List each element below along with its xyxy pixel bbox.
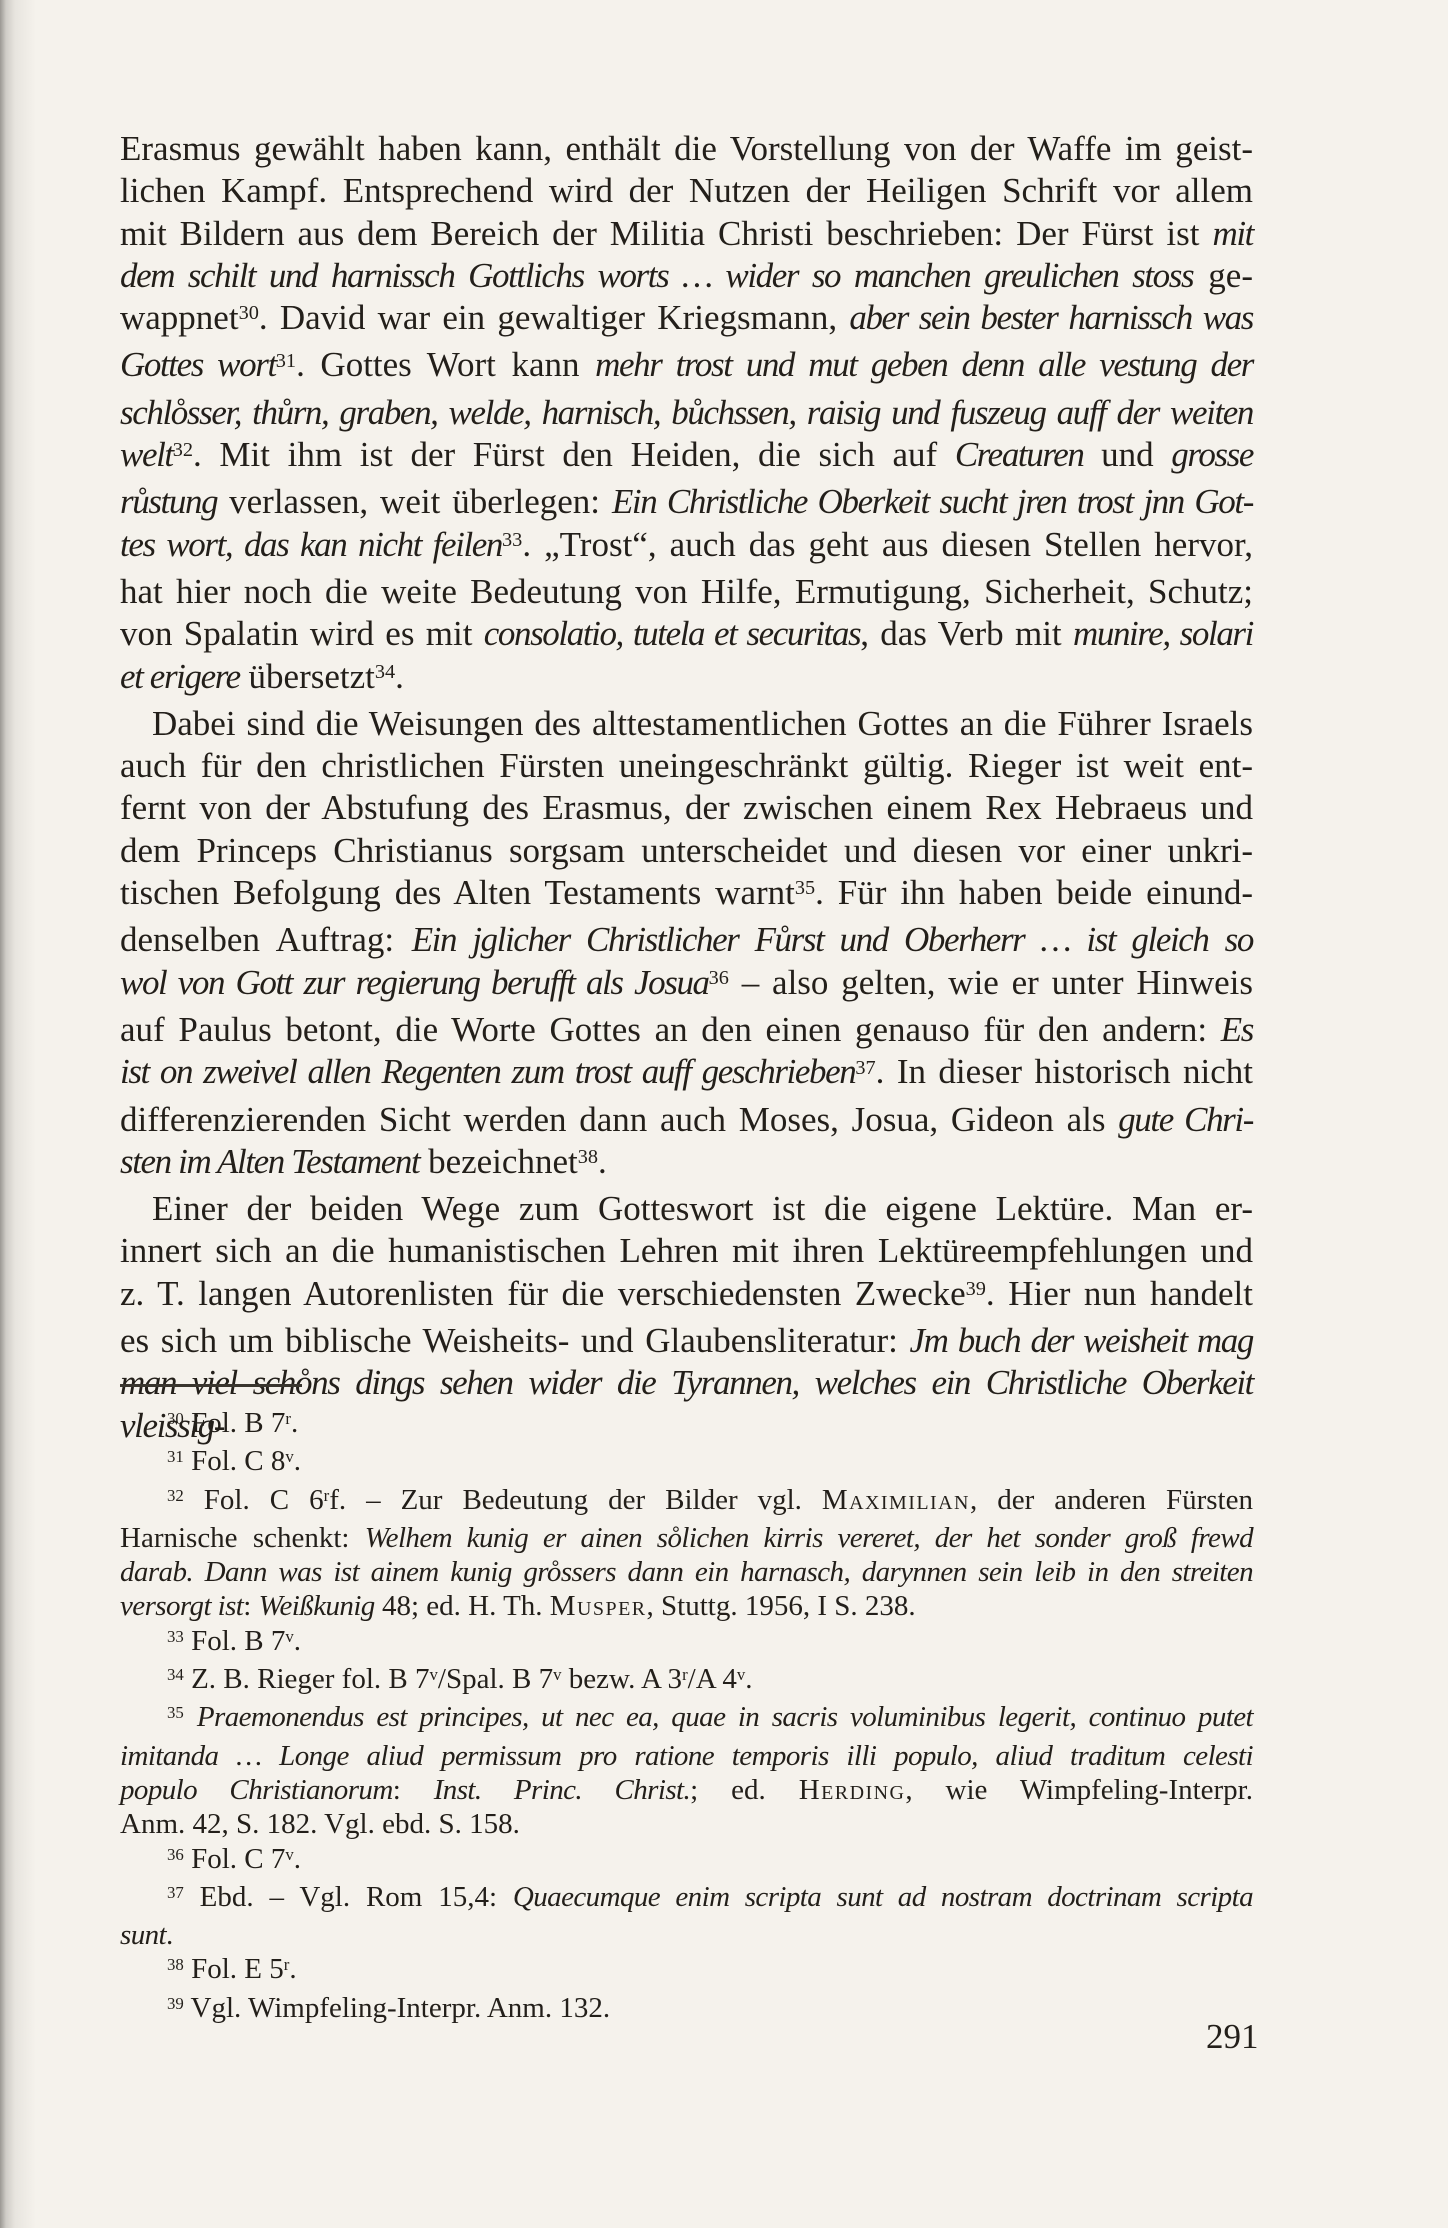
- body-segment: schlo̊sser, thůrn, graben, welde, harnis…: [120, 393, 1253, 432]
- body-segment: 34: [375, 661, 395, 683]
- footnote-segment: v: [285, 1447, 293, 1466]
- footnote-line: 33 Fol. B 7v.: [120, 1624, 1253, 1662]
- body-segment: et erigere: [120, 657, 240, 696]
- book-page: Erasmus gewählt haben kann, enthält die …: [0, 0, 1448, 2228]
- body-segment: Dabei sind die Weisungen des alttestamen…: [152, 704, 1253, 743]
- body-segment: grosse: [1171, 435, 1253, 474]
- footnote-segment: Anm. 42, S. 182. Vgl. ebd. S. 158.: [120, 1808, 520, 1840]
- footnote-line: 31 Fol. C 8v.: [120, 1444, 1253, 1482]
- footnote-segment: Fol. C 6: [184, 1484, 324, 1516]
- body-segment: 38: [578, 1146, 598, 1168]
- footnote-segment: /A 4: [688, 1663, 737, 1695]
- body-line: wappnet30. David war ein gewaltiger Krie…: [120, 297, 1253, 344]
- footnote-line: versorgt ist: Weißkunig 48; ed. H. Th. M…: [120, 1589, 1253, 1623]
- body-segment: wappnet: [120, 298, 239, 337]
- body-segment: , das Verb mit: [860, 614, 1073, 653]
- body-segment: z. T. langen Autorenlisten für die versc…: [120, 1274, 966, 1313]
- body-segment: Einer der beiden Wege zum Gotteswort ist…: [152, 1189, 1253, 1228]
- footnote-segment: /Spal. B 7: [438, 1663, 553, 1695]
- body-segment: denselben Auftrag:: [120, 920, 412, 959]
- footnote-segment: Musper: [550, 1590, 647, 1622]
- body-segment: bezeichnet: [419, 1142, 577, 1181]
- footnote-line: sunt.: [120, 1918, 1253, 1952]
- body-line: dem Princeps Christianus sorgsam untersc…: [120, 830, 1253, 872]
- body-line: z. T. langen Autorenlisten für die versc…: [120, 1273, 1253, 1320]
- body-segment: – also gelten, wie er unter Hinweis: [729, 963, 1253, 1002]
- body-segment: . Mit ihm ist der Fürst den Heiden, die …: [193, 435, 955, 474]
- footnote-line: darab. Dann was ist ainem kunig gro̊sser…: [120, 1555, 1253, 1589]
- body-line: sten im Alten Testament bezeichnet38.: [120, 1141, 1253, 1188]
- body-segment: . David war ein gewaltiger Kriegsmann,: [259, 298, 850, 337]
- body-segment: hat hier noch die weite Bedeutung von Hi…: [120, 572, 1253, 611]
- footnote-segment: 32: [167, 1486, 184, 1505]
- body-segment: Jm buch der weisheit mag: [910, 1321, 1253, 1360]
- footnote-segment: .: [294, 1445, 301, 1477]
- body-segment: 33: [502, 529, 522, 551]
- footnote-line: 36 Fol. C 7v.: [120, 1842, 1253, 1880]
- footnote-segment: .: [166, 1919, 173, 1951]
- body-segment: auch für den christlichen Fürsten uneing…: [120, 746, 1253, 785]
- footnote-segment: Fol. C 8: [184, 1445, 286, 1477]
- body-segment: ist on zweivel allen Regenten zum trost …: [120, 1052, 855, 1091]
- footnote-segment: Z. B. Rieger fol. B 7: [184, 1663, 430, 1695]
- footnote-segment: v: [285, 1845, 293, 1864]
- body-segment: verlassen, weit überlegen:: [217, 482, 612, 521]
- body-segment: 39: [966, 1278, 986, 1300]
- body-line: fernt von der Abstufung des Erasmus, der…: [120, 787, 1253, 829]
- footnote-segment: , Stuttg. 1956, I S. 238.: [647, 1590, 916, 1622]
- page-number: 291: [1206, 2016, 1259, 2058]
- footnote-segment: 33: [167, 1627, 184, 1646]
- body-segment: innert sich an die humanistischen Lehren…: [120, 1231, 1253, 1270]
- body-segment: aber sein bester harnissch was: [849, 298, 1253, 337]
- body-segment: auf Paulus betont, die Worte Gottes an d…: [120, 1010, 1221, 1049]
- footnote-segment: , wie Wimpfeling-Interpr.: [905, 1774, 1253, 1806]
- body-line: růstung verlassen, weit überlegen: Ein C…: [120, 481, 1253, 523]
- footnote-segment: 31: [167, 1447, 184, 1466]
- footnote-segment: f. – Zur Bedeutung der Bilder vgl.: [329, 1484, 822, 1516]
- body-line: auch für den christlichen Fürsten uneing…: [120, 745, 1253, 787]
- footnote-segment: 37: [167, 1883, 184, 1902]
- footnote-line: imitanda … Longe aliud permissum pro rat…: [120, 1739, 1253, 1773]
- body-segment: 36: [709, 967, 729, 989]
- footnote-segment: Herding: [799, 1774, 906, 1806]
- footnote-segment: 34: [167, 1665, 184, 1684]
- footnote-segment: Weißkunig: [259, 1590, 375, 1622]
- body-segment: dem Princeps Christianus sorgsam untersc…: [120, 831, 1253, 870]
- footnote-segment: Fol. C 7: [184, 1843, 286, 1875]
- body-segment: . Hier nun handelt: [986, 1274, 1253, 1313]
- body-segment: 32: [173, 439, 193, 461]
- body-line: auf Paulus betont, die Worte Gottes an d…: [120, 1009, 1253, 1051]
- footnote-segment: .: [294, 1625, 301, 1657]
- body-segment: wol von Gott zur regierung berufft als J…: [120, 963, 709, 1002]
- body-line: denselben Auftrag: Ein jglicher Christli…: [120, 919, 1253, 961]
- footnote-line: 35 Praemonendus est principes, ut nec ea…: [120, 1700, 1253, 1738]
- body-segment: übersetzt: [240, 657, 375, 696]
- footnote-segment: Maximilian: [822, 1484, 970, 1516]
- footnote-segment: populo Christianorum: [120, 1774, 393, 1806]
- footnote-line: 37 Ebd. – Vgl. Rom 15,4: Quaecumque enim…: [120, 1880, 1253, 1918]
- body-segment: mehr trost und mut geben denn alle vestu…: [595, 345, 1253, 384]
- footnote-segment: Fol. B 7: [184, 1407, 286, 1439]
- footnote-line: 34 Z. B. Rieger fol. B 7v/Spal. B 7v bez…: [120, 1662, 1253, 1700]
- body-line: dem schilt und harnissch Gottlichs worts…: [120, 255, 1253, 297]
- footnote-segment: , der anderen Fürsten: [970, 1484, 1253, 1516]
- footnote-segment: Harnische schenkt:: [120, 1522, 365, 1554]
- footnote-segment: 38: [167, 1955, 184, 1974]
- body-segment: es sich um biblische Weisheits- und Glau…: [120, 1321, 910, 1360]
- footnote-line: 38 Fol. E 5r.: [120, 1952, 1253, 1990]
- footnote-segment: 36: [167, 1845, 184, 1864]
- body-segment: dem schilt und harnissch Gottlichs worts…: [120, 256, 1193, 295]
- footnote-segment: v: [285, 1627, 293, 1646]
- footnote-separator: [120, 1384, 302, 1387]
- body-segment: sten im Alten Testament: [120, 1142, 419, 1181]
- footnote-segment: Fol. B 7: [184, 1625, 286, 1657]
- body-segment: 30: [239, 302, 259, 324]
- footnote-segment: darab. Dann was ist ainem kunig gro̊sser…: [120, 1556, 1253, 1588]
- footnote-segment: Inst. Princ. Christ.: [434, 1774, 690, 1806]
- body-segment: mit: [1212, 214, 1253, 253]
- footnote-segment: r: [285, 1409, 291, 1428]
- footnote-line: populo Christianorum: Inst. Princ. Chris…: [120, 1773, 1253, 1807]
- footnote-segment: .: [289, 1953, 296, 1985]
- body-line: mit Bildern aus dem Bereich der Militia …: [120, 213, 1253, 255]
- body-segment: mit Bildern aus dem Bereich der Militia …: [120, 214, 1212, 253]
- footnote-segment: 48; ed. H. Th.: [375, 1590, 550, 1622]
- footnote-segment: :: [243, 1590, 258, 1622]
- body-line: Erasmus gewählt haben kann, enthält die …: [120, 128, 1253, 170]
- footnote-line: 30 Fol. B 7r.: [120, 1406, 1253, 1444]
- footnote-segment: imitanda … Longe aliud permissum pro rat…: [120, 1740, 1253, 1772]
- body-line: et erigere übersetzt34.: [120, 656, 1253, 703]
- body-segment: und: [1084, 435, 1172, 474]
- footnote-segment: .: [294, 1843, 301, 1875]
- body-segment: . Gottes Wort kann: [296, 345, 595, 384]
- footnote-segment: v: [737, 1665, 745, 1684]
- footnote-segment: Welhem kunig er ainen so̊lichen kirris v…: [365, 1522, 1253, 1554]
- body-segment: Erasmus gewählt haben kann, enthält die …: [120, 129, 1253, 168]
- body-line: differenzierenden Sicht werden dann auch…: [120, 1099, 1253, 1141]
- footnote-segment: ; ed.: [690, 1774, 799, 1806]
- body-line: wol von Gott zur regierung berufft als J…: [120, 962, 1253, 1009]
- body-segment: lichen Kampf. Entsprechend wird der Nutz…: [120, 171, 1253, 210]
- footnote-segment: r: [284, 1955, 290, 1974]
- body-segment: ge-: [1193, 256, 1253, 295]
- footnote-segment: Praemonendus est principes, ut nec ea, q…: [197, 1701, 1253, 1733]
- body-segment: Es: [1221, 1010, 1253, 1049]
- body-segment: .: [598, 1142, 607, 1181]
- body-segment: 35: [795, 877, 815, 899]
- footnote-segment: .: [291, 1407, 298, 1439]
- body-segment: differenzierenden Sicht werden dann auch…: [120, 1100, 1118, 1139]
- body-segment: . Für ihn haben beide einund-: [815, 873, 1253, 912]
- body-segment: munire, solari: [1073, 614, 1253, 653]
- body-segment: gute Chri-: [1118, 1100, 1253, 1139]
- body-line: es sich um biblische Weisheits- und Glau…: [120, 1320, 1253, 1362]
- footnote-segment: versorgt ist: [120, 1590, 243, 1622]
- footnote-segment: [184, 1701, 197, 1733]
- body-segment: .: [395, 657, 404, 696]
- body-line: Dabei sind die Weisungen des alttestamen…: [120, 703, 1253, 745]
- footnote-segment: .: [745, 1663, 752, 1695]
- body-segment: fernt von der Abstufung des Erasmus, der…: [120, 788, 1253, 827]
- footnote-segment: r: [682, 1665, 688, 1684]
- body-line: welt32. Mit ihm ist der Fürst den Heiden…: [120, 434, 1253, 481]
- footnote-line: Harnische schenkt: Welhem kunig er ainen…: [120, 1521, 1253, 1555]
- footnote-segment: v: [553, 1665, 561, 1684]
- body-line: Einer der beiden Wege zum Gotteswort ist…: [120, 1188, 1253, 1230]
- footnote-segment: 35: [167, 1703, 184, 1722]
- body-segment: . „Trost“, auch das geht aus diesen Stel…: [522, 525, 1253, 564]
- body-line: Gottes wort31. Gottes Wort kann mehr tro…: [120, 344, 1253, 391]
- body-segment: 31: [276, 350, 296, 372]
- body-line: lichen Kampf. Entsprechend wird der Nutz…: [120, 170, 1253, 212]
- footnote-segment: bezw. A 3: [562, 1663, 683, 1695]
- footnote-segment: Fol. E 5: [184, 1953, 284, 1985]
- body-line: tischen Befolgung des Alten Testaments w…: [120, 872, 1253, 919]
- footnote-segment: 30: [167, 1409, 184, 1428]
- main-text: Erasmus gewählt haben kann, enthält die …: [120, 128, 1253, 1447]
- scan-edge-shadow: [0, 0, 36, 2228]
- body-segment: consolatio, tutela et securitas: [484, 614, 860, 653]
- footnote-segment: sunt: [120, 1919, 166, 1951]
- footnote-segment: Vgl. Wimpfeling-Interpr. Anm. 132.: [184, 1992, 610, 2024]
- footnote-segment: 39: [167, 1994, 184, 2013]
- footnote-segment: v: [429, 1665, 437, 1684]
- footnote-line: 39 Vgl. Wimpfeling-Interpr. Anm. 132.: [120, 1991, 1253, 2029]
- body-segment: Ein jglicher Christlicher Fůrst und Ober…: [412, 920, 1253, 959]
- body-line: tes wort, das kan nicht feilen33. „Trost…: [120, 524, 1253, 571]
- footnote-line: 32 Fol. C 6rf. – Zur Bedeutung der Bilde…: [120, 1483, 1253, 1521]
- footnote-line: Anm. 42, S. 182. Vgl. ebd. S. 158.: [120, 1807, 1253, 1841]
- body-segment: Creaturen: [955, 435, 1084, 474]
- body-segment: 37: [855, 1057, 875, 1079]
- body-segment: tes wort, das kan nicht feilen: [120, 525, 502, 564]
- body-segment: von Spalatin wird es mit: [120, 614, 484, 653]
- body-line: hat hier noch die weite Bedeutung von Hi…: [120, 571, 1253, 613]
- footnote-segment: Ebd. – Vgl. Rom 15,4:: [184, 1881, 513, 1913]
- footnote-segment: r: [324, 1486, 330, 1505]
- body-line: innert sich an die humanistischen Lehren…: [120, 1230, 1253, 1272]
- footnotes: 30 Fol. B 7r.31 Fol. C 8v.32 Fol. C 6rf.…: [120, 1406, 1253, 2029]
- body-segment: tischen Befolgung des Alten Testaments w…: [120, 873, 795, 912]
- body-segment: Gottes wort: [120, 345, 276, 384]
- body-line: schlo̊sser, thůrn, graben, welde, harnis…: [120, 392, 1253, 434]
- footnote-segment: :: [393, 1774, 434, 1806]
- body-segment: . In dieser historisch nicht: [876, 1052, 1253, 1091]
- body-segment: růstung: [120, 482, 217, 521]
- body-line: ist on zweivel allen Regenten zum trost …: [120, 1051, 1253, 1098]
- body-line: von Spalatin wird es mit consolatio, tut…: [120, 613, 1253, 655]
- body-segment: Ein Christliche Oberkeit sucht jren tros…: [612, 482, 1253, 521]
- footnote-segment: Quaecumque enim scripta sunt ad nostram …: [513, 1881, 1253, 1913]
- body-segment: welt: [120, 435, 173, 474]
